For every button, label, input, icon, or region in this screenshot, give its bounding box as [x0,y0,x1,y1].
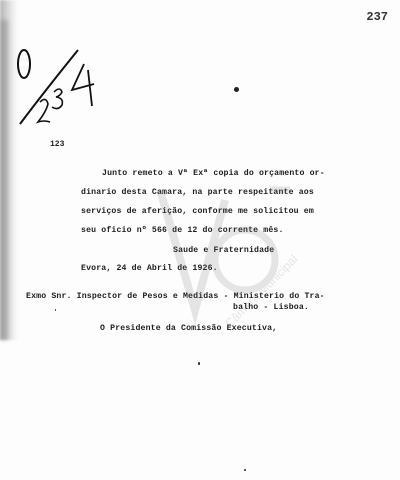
reference-number: 123 [50,140,64,149]
scan-speck [198,362,200,365]
document-page: 237 123 Junto remeto a Vª Exª copia do o… [0,0,400,480]
scan-speck [234,87,239,92]
body-line-1: Junto remeto a Vª Exª copia do orçamento… [102,170,325,178]
page-number: 237 [366,10,388,24]
scan-speck [244,469,246,471]
watermark-logo: Câmara Municipal [150,180,300,340]
scan-speck [55,309,56,311]
scan-edge-shadow-dark [0,20,8,340]
handwritten-annotation [14,42,104,132]
